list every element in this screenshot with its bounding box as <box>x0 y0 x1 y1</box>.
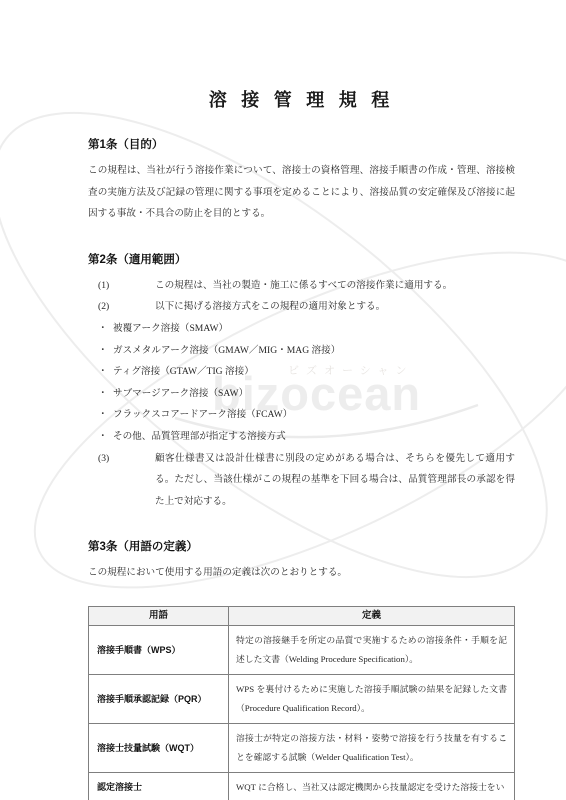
clause-item-text: 被覆アーク溶接（SMAW） <box>113 318 515 340</box>
clause-item-text: サブマージアーク溶接（SAW） <box>113 383 515 405</box>
article-2-clause-list: (1) この規程は、当社の製造・施工に係るすべての溶接作業に適用する。 (2) … <box>88 275 515 513</box>
clause-item: (1) この規程は、当社の製造・施工に係るすべての溶接作業に適用する。 <box>88 275 515 297</box>
clause-item: (2) 以下に掲げる溶接方式をこの規程の適用対象とする。 <box>88 296 515 318</box>
clause-item-label: (1) <box>98 275 155 297</box>
bullet-icon: ・ <box>98 340 113 362</box>
article-3-heading: 第3条（用語の定義） <box>88 539 515 555</box>
table-row: 溶接士技量試験（WQT） 溶接士が特定の溶接方法・材料・姿勢で溶接を行う技量を有… <box>89 723 515 772</box>
definitions-table: 用語 定義 溶接手順書（WPS） 特定の溶接継手を所定の品質で実施するための溶接… <box>88 606 515 800</box>
document-page: ビズオーシャン bizocean 溶 接 管 理 規 程 第1条（目的） この規… <box>0 0 566 800</box>
term-cell: 溶接士技量試験（WQT） <box>89 723 229 772</box>
clause-item-text: その他、品質管理部が指定する溶接方式 <box>113 426 515 448</box>
definition-cell: WPS を裏付けるために実施した溶接手順試験の結果を記録した文書（Procedu… <box>229 674 515 723</box>
table-row: 溶接手順承認記録（PQR） WPS を裏付けるために実施した溶接手順試験の結果を… <box>89 674 515 723</box>
article-3: 第3条（用語の定義） この規程において使用する用語の定義は次のとおりとする。 用… <box>88 539 515 800</box>
clause-item-text: フラックスコアードアーク溶接（FCAW） <box>113 404 515 426</box>
clause-item-text: 顧客仕様書又は設計仕様書に別段の定めがある場合は、そちらを優先して適用する。ただ… <box>155 448 515 513</box>
article-2: 第2条（適用範囲） (1) この規程は、当社の製造・施工に係るすべての溶接作業に… <box>88 252 515 513</box>
article-1-body: この規程は、当社が行う溶接作業について、溶接士の資格管理、溶接手順書の作成・管理… <box>88 160 515 225</box>
clause-item: ・ その他、品質管理部が指定する溶接方式 <box>88 426 515 448</box>
clause-item-text: 以下に掲げる溶接方式をこの規程の適用対象とする。 <box>155 296 515 318</box>
table-row: 溶接手順書（WPS） 特定の溶接継手を所定の品質で実施するための溶接条件・手順を… <box>89 625 515 674</box>
bullet-icon: ・ <box>98 404 113 426</box>
clause-item: ・ サブマージアーク溶接（SAW） <box>88 383 515 405</box>
article-1-heading: 第1条（目的） <box>88 137 515 153</box>
clause-item-text: この規程は、当社の製造・施工に係るすべての溶接作業に適用する。 <box>155 275 515 297</box>
bullet-icon: ・ <box>98 383 113 405</box>
article-3-body: この規程において使用する用語の定義は次のとおりとする。 <box>88 562 515 584</box>
clause-item-text: ティグ溶接（GTAW／TIG 溶接） <box>113 361 515 383</box>
clause-item-label: (3) <box>98 448 155 513</box>
bullet-icon: ・ <box>98 361 113 383</box>
article-1: 第1条（目的） この規程は、当社が行う溶接作業について、溶接士の資格管理、溶接手… <box>88 137 515 225</box>
bullet-icon: ・ <box>98 426 113 448</box>
page-title: 溶 接 管 理 規 程 <box>88 86 515 112</box>
table-row: 認定溶接士 WQT に合格し、当社又は認定機関から技量認定を受けた溶接士をい <box>89 772 515 800</box>
document-content: 溶 接 管 理 規 程 第1条（目的） この規程は、当社が行う溶接作業について、… <box>0 0 566 800</box>
term-cell: 溶接手順承認記録（PQR） <box>89 674 229 723</box>
table-header-row: 用語 定義 <box>89 606 515 625</box>
definition-cell: WQT に合格し、当社又は認定機関から技量認定を受けた溶接士をい <box>229 772 515 800</box>
clause-item-text: ガスメタルアーク溶接（GMAW／MIG・MAG 溶接） <box>113 340 515 362</box>
definition-column-header: 定義 <box>229 606 515 625</box>
clause-item: ・ フラックスコアードアーク溶接（FCAW） <box>88 404 515 426</box>
clause-item-label: (2) <box>98 296 155 318</box>
clause-item: ・ 被覆アーク溶接（SMAW） <box>88 318 515 340</box>
term-cell: 溶接手順書（WPS） <box>89 625 229 674</box>
definition-cell: 溶接士が特定の溶接方法・材料・姿勢で溶接を行う技量を有することを確認する試験（W… <box>229 723 515 772</box>
clause-item: (3) 顧客仕様書又は設計仕様書に別段の定めがある場合は、そちらを優先して適用す… <box>88 448 515 513</box>
term-cell: 認定溶接士 <box>89 772 229 800</box>
clause-item: ・ ガスメタルアーク溶接（GMAW／MIG・MAG 溶接） <box>88 340 515 362</box>
clause-item: ・ ティグ溶接（GTAW／TIG 溶接） <box>88 361 515 383</box>
article-2-heading: 第2条（適用範囲） <box>88 252 515 268</box>
definition-cell: 特定の溶接継手を所定の品質で実施するための溶接条件・手順を記述した文書（Weld… <box>229 625 515 674</box>
term-column-header: 用語 <box>89 606 229 625</box>
bullet-icon: ・ <box>98 318 113 340</box>
